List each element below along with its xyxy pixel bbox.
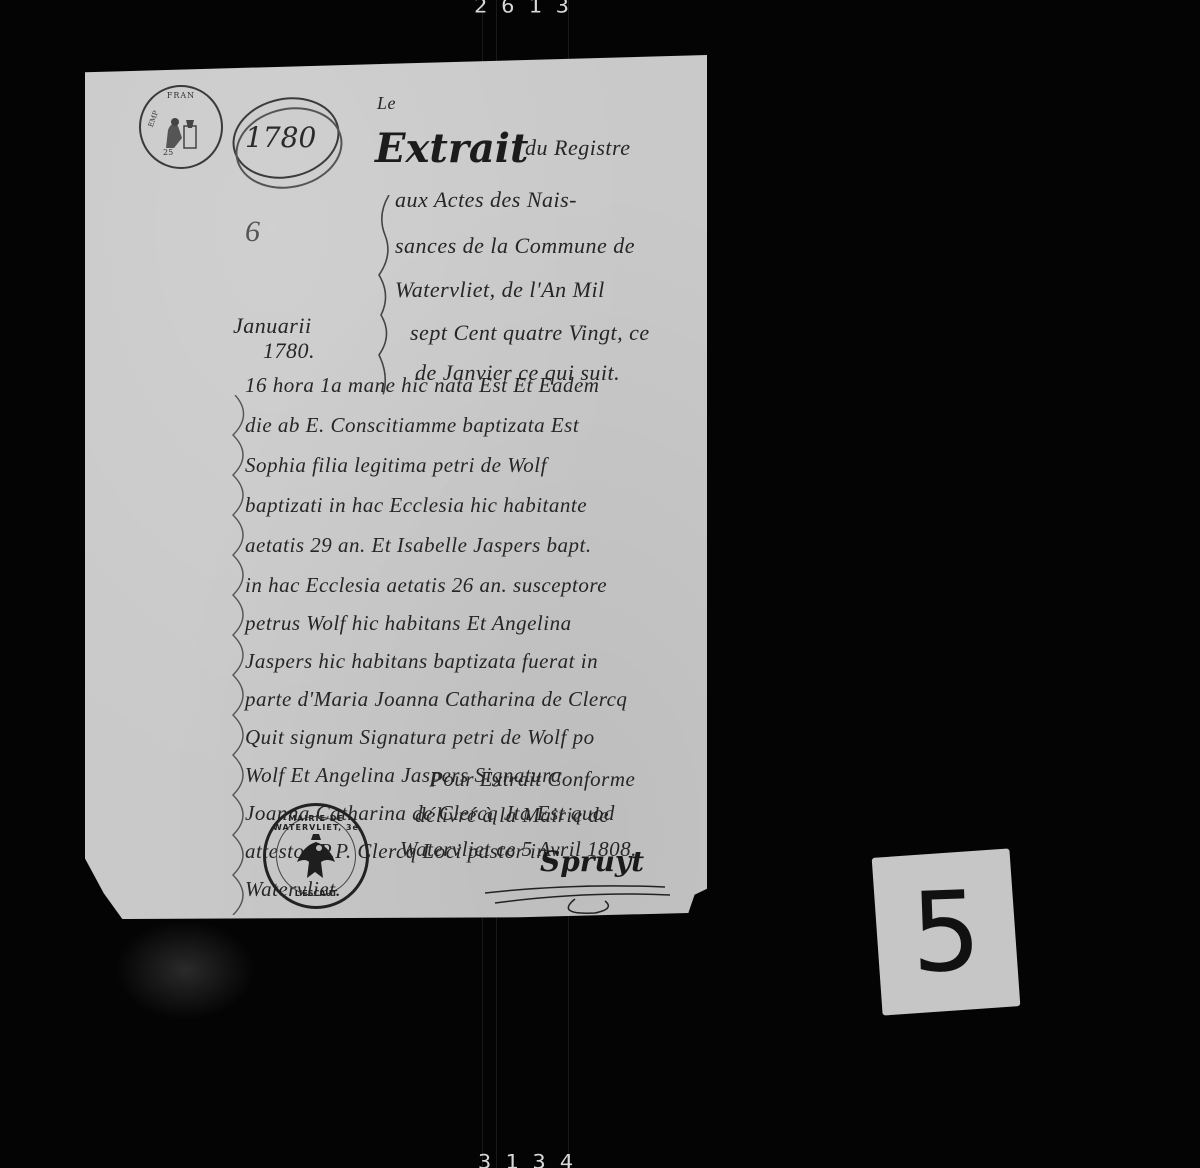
frame-number-top: 2613	[474, 0, 583, 18]
heading-line: Watervliet, de l'An Mil	[395, 277, 605, 303]
heading-brace-icon	[375, 195, 395, 395]
year-label: 1780	[245, 121, 316, 154]
document-page: FRAN EMP 25 1780 Le Extrait du Registre …	[85, 55, 707, 919]
frame-number-bottom: 3134	[478, 1151, 587, 1168]
margin-year: 1780.	[263, 338, 315, 364]
body-line: baptizati in hac Ecclesia hic habitante	[245, 493, 587, 518]
seal-bottom-text: L'ESCAUT	[266, 889, 366, 898]
body-line: aetatis 29 an. Et Isabelle Jaspers bapt.	[245, 533, 592, 558]
margin-page-mark: 6	[245, 215, 261, 249]
seated-figure-icon	[158, 112, 204, 152]
body-line: parte d'Maria Joanna Catharina de Clercq	[245, 687, 627, 712]
body-line: Quit signum Signatura petri de Wolf po	[245, 725, 595, 750]
sequence-number: 5	[909, 876, 983, 988]
sequence-number-card: 5	[872, 848, 1021, 1015]
heading-line: du Registre	[525, 135, 631, 161]
municipal-seal: MAIRIE DE WATERVLIET, 3e L'ESCAUT	[263, 803, 369, 909]
heading-line: aux Actes des Nais-	[395, 187, 577, 213]
scan-shadow	[115, 920, 255, 1020]
body-line: in hac Ecclesia aetatis 26 an. susceptor…	[245, 573, 607, 598]
microfilm-frame: 2613 3134 FRAN EMP 25 1780 Le Extrait du…	[0, 0, 1200, 1168]
certification-line: Pour Extrait Conforme	[430, 767, 635, 792]
revenue-stamp: FRAN EMP 25	[139, 85, 223, 169]
mayor-signature: Spruyt	[540, 845, 644, 878]
heading-title: Extrait	[375, 125, 528, 172]
margin-month: Januarii	[233, 313, 312, 339]
body-line: die ab E. Conscitiamme baptizata Est	[245, 413, 579, 438]
heading-line: sept Cent quatre Vingt, ce	[410, 320, 650, 346]
signature-flourish-icon	[485, 875, 675, 915]
body-line: Jaspers hic habitans baptizata fuerat in	[245, 649, 598, 674]
certification-line: délivré à la Mairie de	[415, 803, 609, 828]
stamp-value-text: 25	[163, 148, 173, 157]
body-line: 16 hora 1a mane hic nata Est Et Eadem	[245, 373, 599, 398]
heading-prefix: Le	[377, 93, 396, 114]
stamp-top-text: FRAN	[141, 91, 221, 100]
body-line: petrus Wolf hic habitans Et Angelina	[245, 611, 572, 636]
heading-line: sances de la Commune de	[395, 233, 635, 259]
body-line: Sophia filia legitima petri de Wolf	[245, 453, 547, 478]
seal-top-text: MAIRIE DE WATERVLIET, 3e	[266, 814, 366, 832]
